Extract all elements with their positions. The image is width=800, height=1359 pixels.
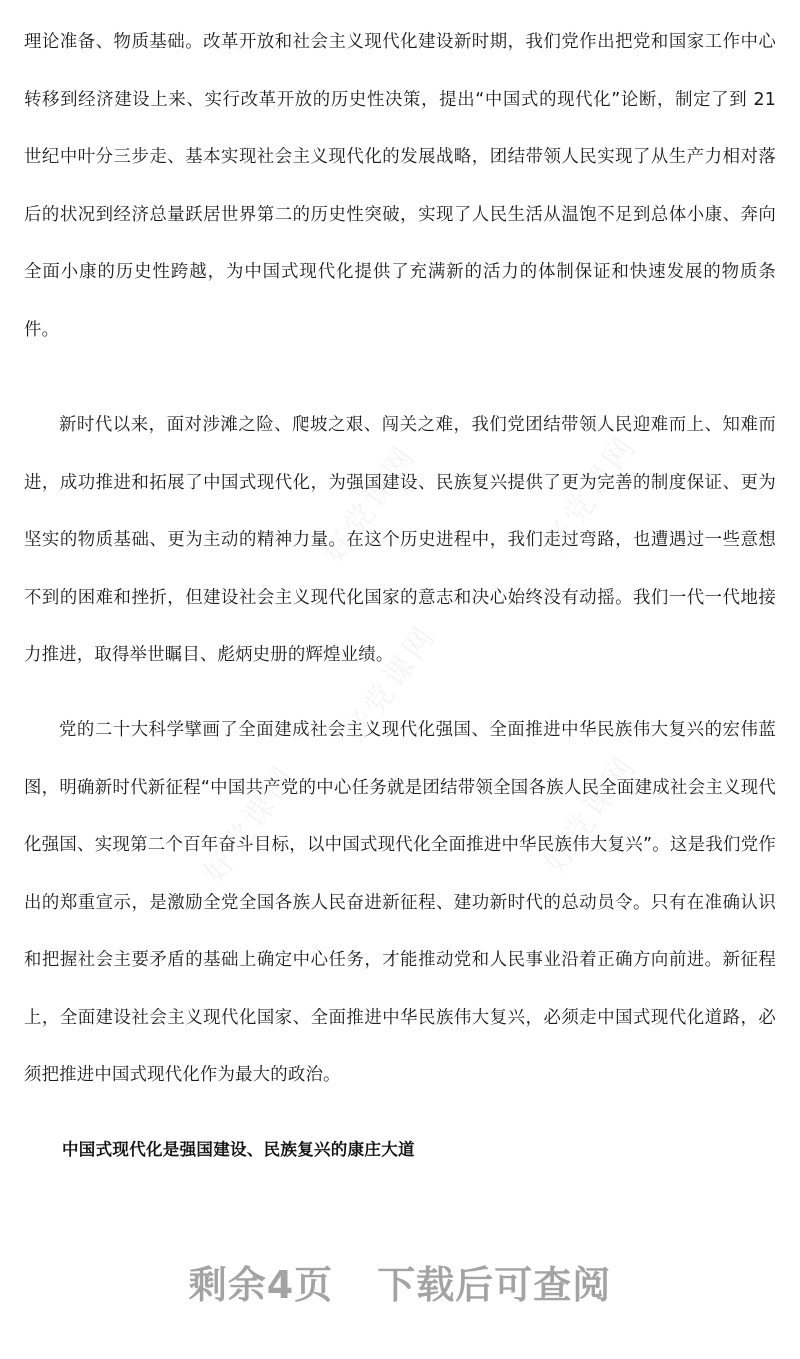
paragraph-2: 新时代以来，面对涉滩之险、爬坡之艰、闯关之难，我们党团结带领人民迎难而上、知难而…	[24, 397, 776, 685]
download-prompt-label: 下载后可查阅	[377, 1263, 611, 1307]
section-heading: 中国式现代化是强国建设、民族复兴的康庄大道	[62, 1136, 415, 1160]
paragraph-3: 党的二十大科学擘画了全面建成社会主义现代化强国、全面推进中华民族伟大复兴的宏伟蓝…	[24, 702, 776, 1105]
remaining-pages-label: 剩余4页	[189, 1263, 333, 1307]
paragraph-1: 理论准备、物质基础。改革开放和社会主义现代化建设新时期，我们党作出把党和国家工作…	[24, 14, 776, 359]
download-to-read-banner[interactable]: 剩余4页下载后可查阅	[0, 1254, 800, 1309]
